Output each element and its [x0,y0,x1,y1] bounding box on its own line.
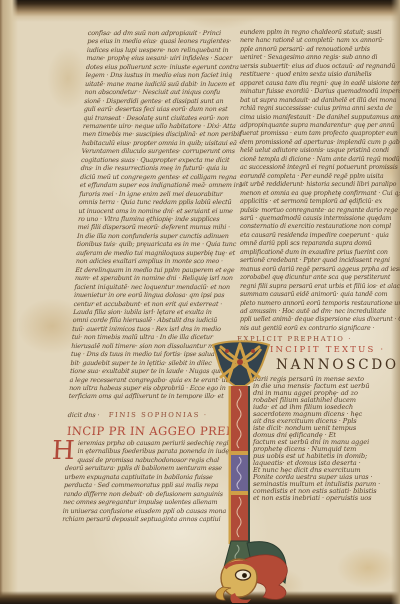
preface-continuation-block: eundem pplm in regno chaldeorū statuit; … [240,29,380,333]
manuscript-photo: confisa· ad dm suū non adpropiauit · Pri… [0,0,400,604]
text-line: pple annorū persarū· ad renouationē urbi… [240,46,380,54]
text-line: non abscondetur · Nesciuit aut iniqus co… [84,88,230,96]
text-line: furoris mei · In igne enim zeli mei deuo… [79,190,225,198]
text-line: ut inuocent oms in nomine dni· et seruia… [78,207,224,215]
text-line: deorū seruitura· pplis di babilonem uent… [65,464,211,472]
text-line: pes eius in medio eius· quasi leones rug… [87,37,233,45]
text-line: ppli uellet animā· deque dispersione eiu… [240,316,380,324]
text-line: facient iniquitatē· nec loquentur mendac… [74,283,220,291]
text-line: fuerat promissa · eum tam profecto quapr… [240,130,380,138]
text-line: uersis subuertit· eius ad duos octauū· a… [240,63,380,71]
text-line: tuę · Dns ds tuus in medio tui fortis· i… [71,350,217,358]
text-line: mane· prophę eius uesani· uiri infideles… [86,54,232,62]
text-line: nere hanc rationē ut completū· nam xx an… [240,37,380,45]
text-line: hierusalē noli timere· sion non dissolua… [71,342,217,350]
text-line: non ultra habeas super eis obprobriū · E… [69,384,215,392]
initial-capital-knotwork [213,341,269,386]
text-line: adpropinquante supra mandarentur· quę pe… [240,122,380,130]
text-line: sionē · Disperdidi gentes· et dissipati … [84,97,230,105]
text-line: cogitationes suas · Quapropter expecta m… [81,156,227,164]
text-line: manus eorū dariū regē persarū aggeus prp… [240,266,380,274]
text-line: confisa· ad dm suū non adpropiauit · Pri… [88,29,234,37]
text-line: guli earū· desertas feci uias eorū· dum … [84,105,230,113]
text-line: omni corde filia hierusalē · Abstulit dn… [72,316,218,324]
text-line: et effundam super eos indignationē meā· … [80,181,226,189]
text-line: in ęternalibus foederibus parata ponenda… [66,447,212,455]
text-line: iudices eius lupi uespere· non relinqueb… [87,46,233,54]
text-line: men timebis me· suscipies disciplinā· et… [82,130,228,138]
text-line: consternatio di exercitio restauratione … [240,223,380,231]
text-line: omnis terra · Quia tunc reddam pplis lab… [79,198,225,206]
text-line: amplificationē dum in exaudire prius fue… [240,249,380,257]
text-line: summam causarū eidē animorū· quia tandē … [240,291,380,299]
text-line: nec omnes segregantur impulsę uolentes a… [63,498,209,506]
text-line: omnē dariū ppli scs reparanda supra domū [240,240,380,248]
beast-pupil [242,573,247,578]
text-line: apparet causa tam diu regni· quę in eadē… [240,80,380,88]
text-line: urbem expugnata captiuitate in babilonia… [64,473,210,481]
text-line: minatur fuisse exordiū · Darius quemadmo… [240,88,380,96]
text-line: legem · Dns iustus in medio eius non fac… [85,71,231,79]
text-line: inuenietur in ore eorū lingua dolosa· qm… [74,291,220,299]
text-line: num· et sperabunt in nomine dni · Reliqu… [75,274,221,282]
text-line: rchiā regni successisse· cuius prima ann… [240,105,380,113]
text-line: mei filii dispersorū meorū· deferent mun… [77,223,223,231]
text-line: quasi de promissa nabuchodonosor regis c… [65,456,211,464]
text-line: restituere · quod enim sexta uisio danih… [240,71,380,79]
text-line: ieremias prpha ob causam periurii sedech… [66,439,212,447]
text-line: centur et accubabunt· et non erit qui ex… [73,300,219,308]
text-line: Veruntamen diluculo surgentes· corruperu… [81,147,227,155]
text-line: a lege recesserant congregabo· quia ex t… [69,376,215,384]
text-line: cionē templa di dicione · Nam ante dariū… [240,156,380,164]
text-line: dem promissionē ad aperturas· implendū c… [240,139,380,147]
text-line: Et derelinquam in medio tui pplm paupere… [75,266,221,274]
finis-caps: FINIS SOPHONIAS · [108,411,207,419]
text-line: ac successionē integrā ei regni potuerun… [240,164,380,172]
text-line: eorundē completa · Per eundē regē pplm u… [240,173,380,181]
text-line: rando differre non debuit· ob defusionem… [63,490,209,498]
text-line: terficiam oms qui adflixerunt te in temp… [69,392,215,400]
text-line: uitatē· mane mane iudiciū suū dabit· in … [85,80,231,88]
text-line: dns· in die resurrectionis meę in futurū… [80,164,226,172]
illuminated-initial-I: Illuminated initial I: gold interlace kn… [203,337,303,603]
beast-head-terminal [216,542,288,603]
haggai-preface-rubric: INCIP PR IN AGGEO PREFA [67,424,214,438]
text-line: dotes eius polluerunt scm· iniuste egeru… [86,63,232,71]
parchment-page: confisa· ad dm suū non adpropiauit · Pri… [0,0,400,604]
drop-cap-H: H [51,440,75,463]
text-line: sertionē credebant · Ppter quod incidiss… [240,257,380,265]
text-line: tui· non timebis malū ultra · In die ill… [72,333,218,341]
text-line: Lauda filia sion· iubila isrl· lętare et… [73,308,219,316]
text-line: In die illa non confunderis super cuncti… [77,232,223,240]
text-line: nis aut gentiū eorū ex contrario signifi… [240,325,380,333]
preface-lines: ieremias prpha ob causam periurii sedech… [62,439,212,524]
text-line: tione sua· exultabit super te in laude ·… [70,367,216,375]
text-line: qui transeat · Desolatę sunt ciuitates e… [83,114,229,122]
text-line: remanente uiro· neque ullo habitatore · … [83,122,229,130]
text-line: non adicies exaltari amplius in monte sc… [76,257,222,265]
text-line: diciū meū ut congregem gentes· et collig… [80,173,226,181]
text-line: tionibus tuis· quib; pręuaricata es in m… [76,240,222,248]
text-line: cima uisio manifestauit · De danihel sup… [240,114,380,122]
text-line: ueniret · Sexagesimo anno regis· sub ann… [240,54,380,62]
text-line: tuū· auertit inimicos tuos · Rex isrl dn… [72,325,218,333]
text-line: pulsis· mortuo conregnante· ac regnante … [240,207,380,215]
text-line: helē uelut adiutore uisionis· usque pris… [240,147,380,155]
text-line: ro uno · Vltra flumina ęthiopię· inde su… [78,215,224,223]
closing-words: dicit dns · [68,411,100,419]
text-line: regni filii supra persarū erat urbis et … [240,283,380,291]
text-line: bat ut supra mandauit· ad danihelē et il… [240,97,380,105]
text-line: eundem pplm in regno chaldeorū statuit; … [240,29,380,37]
text-line: ad amussim · Hoc autē ad dm· nec incredu… [240,308,380,316]
text-line: eta causarū residenda impedire coeperunt… [240,232,380,240]
text-line: menon et omnia ea quę prophetę confirman… [240,190,380,198]
text-line: bit· gaudebit super te in lętitia· sileb… [70,359,216,367]
text-line: applicitis · et sermonū templorū ad ędif… [240,198,380,206]
text-line: sarū · quemadmodū causis intermissione q… [240,215,380,223]
text-line: rchiam persarū deposuit septuaginta anno… [62,515,208,523]
text-line: zorobabel quę dicuntur ante sca quę pers… [240,274,380,282]
binding-edge-red [368,599,400,604]
finis-row: dicit dns ·FINIS SOPHONIAS · [67,402,214,421]
text-line: perducta · Sed commemoratus ppli sui mal… [64,481,210,489]
text-line: pleto numero annorū eorū temporis restau… [240,300,380,308]
text-line: uit urbē reddiderunt· historia secundi l… [240,181,380,189]
text-line: habitaculū eius· propter omnia in quib; … [82,139,228,147]
text-line: in uniuersa confusione eiusdem ppli ob c… [63,507,209,515]
text-line: auferam de medio tui magniloquos superbi… [76,249,222,257]
preface-block: H ieremias prpha ob causam periurii sede… [62,439,212,524]
